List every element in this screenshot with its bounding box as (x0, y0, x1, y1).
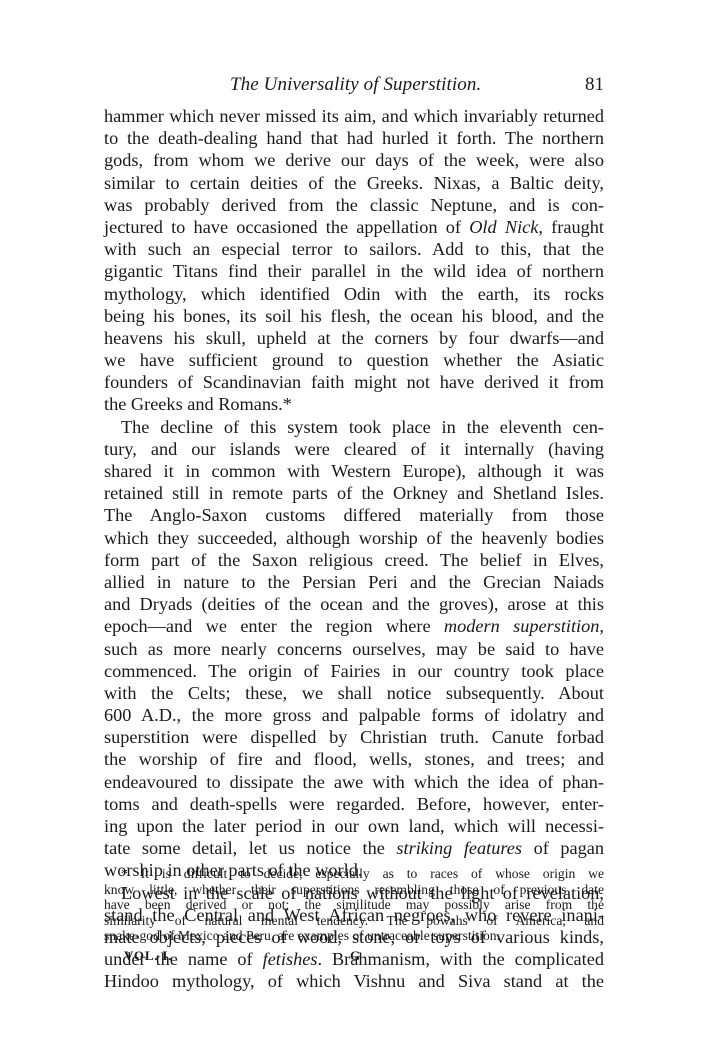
text-line: was probably derived from the classic Ne… (104, 194, 604, 216)
page-number: 81 (585, 74, 604, 96)
text-line: we have sufficient ground to question wh… (104, 349, 604, 371)
text-line: epoch—and we enter the region where mode… (104, 615, 604, 637)
footnote-line: have been derived or not; the similitude… (104, 897, 604, 913)
text-line: tate some detail, let us notice the stri… (104, 837, 604, 859)
text-line: hammer which never missed its aim, and w… (104, 105, 604, 127)
text-line: the worship of fire and flood, wells, st… (104, 748, 604, 770)
running-head: The Universality of Superstition. 81 (104, 74, 604, 100)
text-line: mythology, which identified Odin with th… (104, 283, 604, 305)
text-line: such as more nearly concerns ourselves, … (104, 638, 604, 660)
italic-term-modern-superstition: modern superstition, (444, 616, 604, 636)
text-line: with the Celts; these, we shall notice s… (104, 682, 604, 704)
text-line: heavens his skull, upheld at the corners… (104, 327, 604, 349)
text-line: which they succeeded, although worship o… (104, 527, 604, 549)
footnote-line: similarity of natural mental tendency. T… (104, 913, 604, 929)
text-line: founders of Scandinavian faith might not… (104, 371, 604, 393)
text-fragment: fraught (543, 217, 604, 237)
text-fragment: tate some detail, let us notice the (104, 838, 396, 858)
text-line: ing upon the later period in our own lan… (104, 815, 604, 837)
footnote-line: snake-god of Mexico and Peru, are exampl… (104, 928, 604, 944)
italic-term-striking-features: striking features (396, 838, 522, 858)
footnote-line: know little, whether their superstitions… (104, 882, 604, 898)
text-line: toms and death-spells were regarded. Bef… (104, 793, 604, 815)
text-line: and Dryads (deities of the ocean and the… (104, 593, 604, 615)
signature-mark: G (350, 948, 361, 964)
text-line: being his bones, its soil his flesh, the… (104, 305, 604, 327)
body-text: hammer which never missed its aim, and w… (104, 105, 604, 993)
text-line: shared it in common with Western Europe)… (104, 460, 604, 482)
text-fragment: jectured to have occasioned the appellat… (104, 217, 469, 237)
text-line: retained still in remote parts of the Or… (104, 482, 604, 504)
text-line: jectured to have occasioned the appellat… (104, 216, 604, 238)
text-line: The Anglo-Saxon customs differed materia… (104, 504, 604, 526)
signature-line: VOL. I. G (104, 948, 604, 966)
text-line: form part of the Saxon religious creed. … (104, 549, 604, 571)
text-fragment: epoch—and we enter the region where (104, 616, 444, 636)
text-line: Hindoo mythology, of which Vishnu and Si… (104, 970, 604, 992)
text-line: similar to certain deities of the Greeks… (104, 172, 604, 194)
text-line: endeavoured to dissipate the awe with wh… (104, 771, 604, 793)
text-line: 600 A.D., the more gross and palpable fo… (104, 704, 604, 726)
volume-label: VOL. I. (124, 948, 172, 964)
running-title: The Universality of Superstition. (230, 74, 481, 96)
text-line: to the death-dealing hand that had hurle… (104, 127, 604, 149)
text-line: allied in nature to the Persian Peri and… (104, 571, 604, 593)
text-line: superstition were dispelled by Christian… (104, 726, 604, 748)
text-line: the Greeks and Romans.* (104, 393, 604, 415)
text-line: gigantic Titans find their parallel in t… (104, 260, 604, 282)
text-line: with such an especial terror to sailors.… (104, 238, 604, 260)
paragraph-start: The decline of this system took place in… (104, 416, 604, 438)
italic-term-old-nick: Old Nick, (469, 217, 543, 237)
text-line: tury, and our islands were cleared of it… (104, 438, 604, 460)
text-line: gods, from whom we derive our days of th… (104, 149, 604, 171)
text-line: commenced. The origin of Fairies in our … (104, 660, 604, 682)
footnote-line: * It is difficult to decide, especially … (104, 866, 604, 882)
footnote: * It is difficult to decide, especially … (104, 866, 604, 944)
text-fragment: of pagan (522, 838, 604, 858)
